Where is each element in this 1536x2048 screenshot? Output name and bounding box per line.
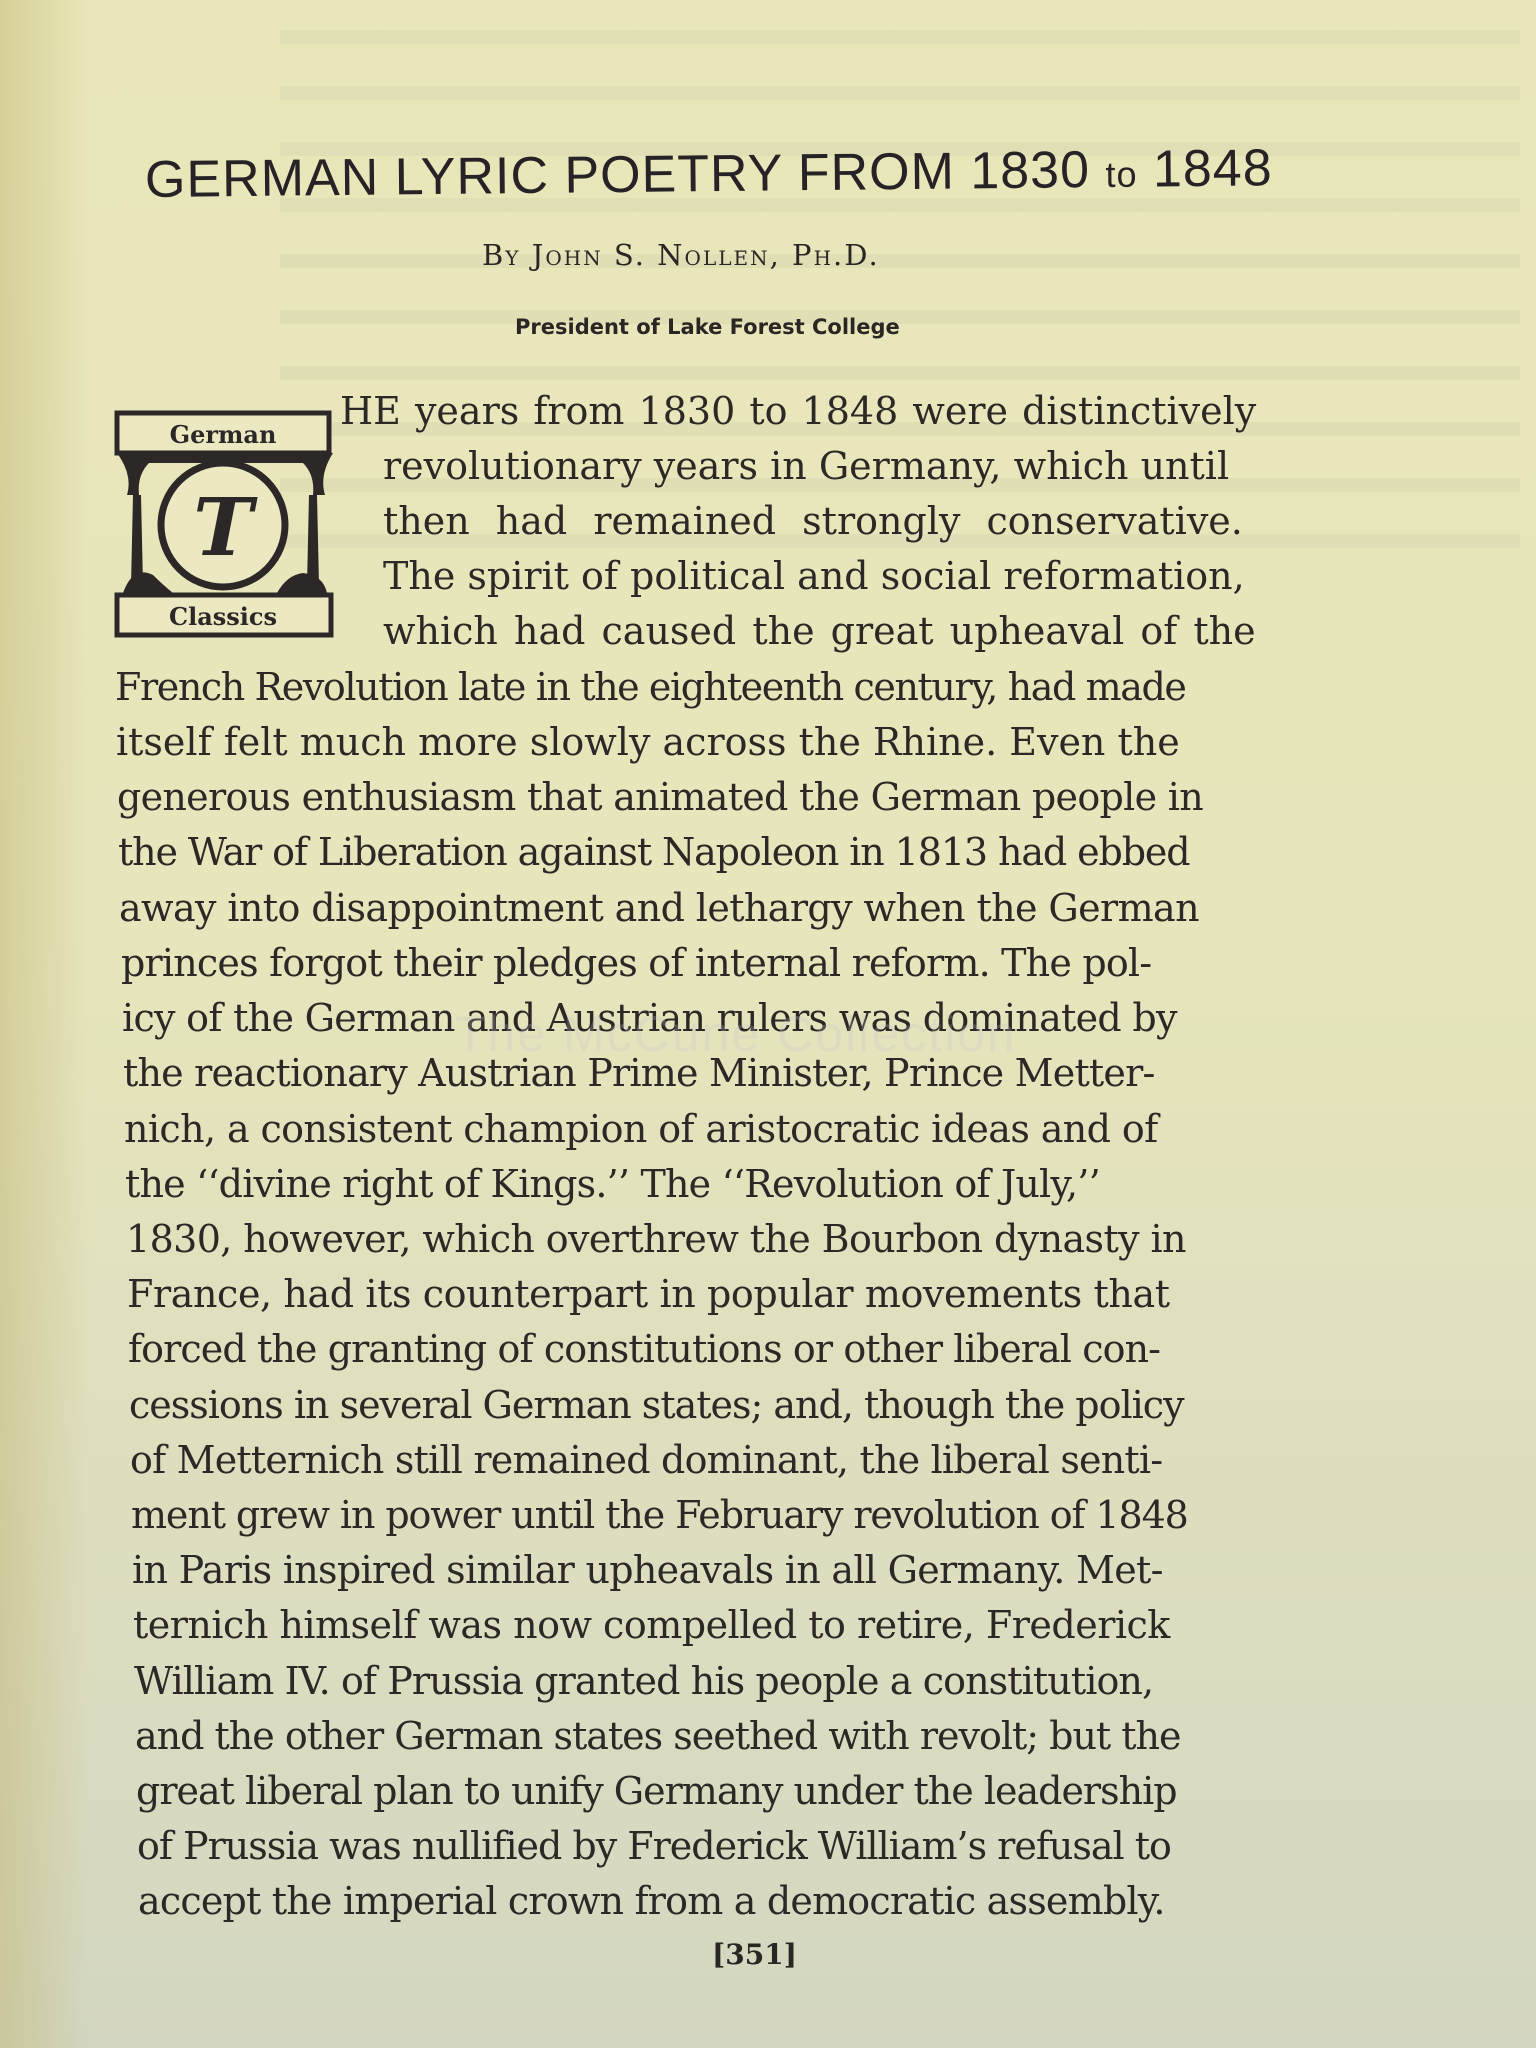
body-line: 1830, however, which overthrew the Bourb… [126, 1220, 1186, 1258]
body-line: HE years from 1830 to 1848 were distinct… [340, 392, 1256, 430]
body-line: away into disappointment and lethargy wh… [119, 889, 1199, 927]
body-line: France, had its counterpart in popular m… [127, 1275, 1170, 1313]
page-edge-shadow [0, 0, 90, 2048]
body-line: French Revolution late in the eighteenth… [115, 668, 1185, 706]
body-line: and the other German states seethed with… [135, 1717, 1181, 1755]
title-main: GERMAN LYRIC POETRY FROM 1830 [145, 141, 1091, 209]
ornament-frame-icon: T German Classics [113, 405, 337, 641]
body-line: of Metternich still remained dominant, t… [130, 1441, 1162, 1479]
page-number: [351] [712, 1938, 797, 1971]
body-line: The spirit of political and social refor… [383, 557, 1245, 595]
body-line: then had remained strongly conservative. [383, 502, 1243, 540]
body-line: great liberal plan to unify Germany unde… [136, 1772, 1177, 1810]
title-end: 1848 [1153, 139, 1273, 198]
body-line: itself felt much more slowly across the … [116, 723, 1180, 761]
body-line: William IV. of Prussia granted his peopl… [134, 1662, 1153, 1700]
body-line: the War of Liberation against Napoleon i… [118, 833, 1190, 871]
body-line: of Prussia was nullified by Frederick Wi… [137, 1827, 1171, 1865]
author-byline: By John S. Nollen, Ph.D. [482, 238, 880, 272]
drop-cap-ornament: T German Classics [113, 405, 337, 641]
author-affiliation: President of Lake Forest College [515, 315, 900, 339]
body-line: forced the granting of constitutions or … [128, 1330, 1160, 1368]
body-line: princes forgot their pledges of internal… [121, 944, 1151, 982]
body-line: in Paris inspired similar upheavals in a… [132, 1551, 1163, 1589]
body-line: ternich himself was now compelled to ret… [133, 1606, 1170, 1644]
drop-cap-letter: T [193, 480, 258, 574]
banner-top-text: German [170, 420, 277, 449]
banner-bottom-text: Classics [169, 602, 277, 631]
body-line: the ‘‘divine right of Kings.’’ The ‘‘Rev… [125, 1165, 1100, 1203]
watermark: The McCune Collection [455, 1005, 1017, 1063]
body-line: revolutionary years in Germany, which un… [383, 447, 1229, 485]
body-line: ment grew in power until the February re… [131, 1496, 1188, 1534]
body-line: which had caused the great upheaval of t… [383, 612, 1256, 650]
article-title: GERMAN LYRIC POETRY FROM 1830 to 1848 [145, 138, 1306, 210]
title-connector: to [1105, 154, 1137, 195]
body-line: cessions in several German states; and, … [129, 1386, 1184, 1424]
body-line: generous enthusiasm that animated the Ge… [117, 778, 1203, 816]
body-line: accept the imperial crown from a democra… [138, 1882, 1165, 1920]
body-line: nich, a consistent champion of aristocra… [124, 1110, 1158, 1148]
